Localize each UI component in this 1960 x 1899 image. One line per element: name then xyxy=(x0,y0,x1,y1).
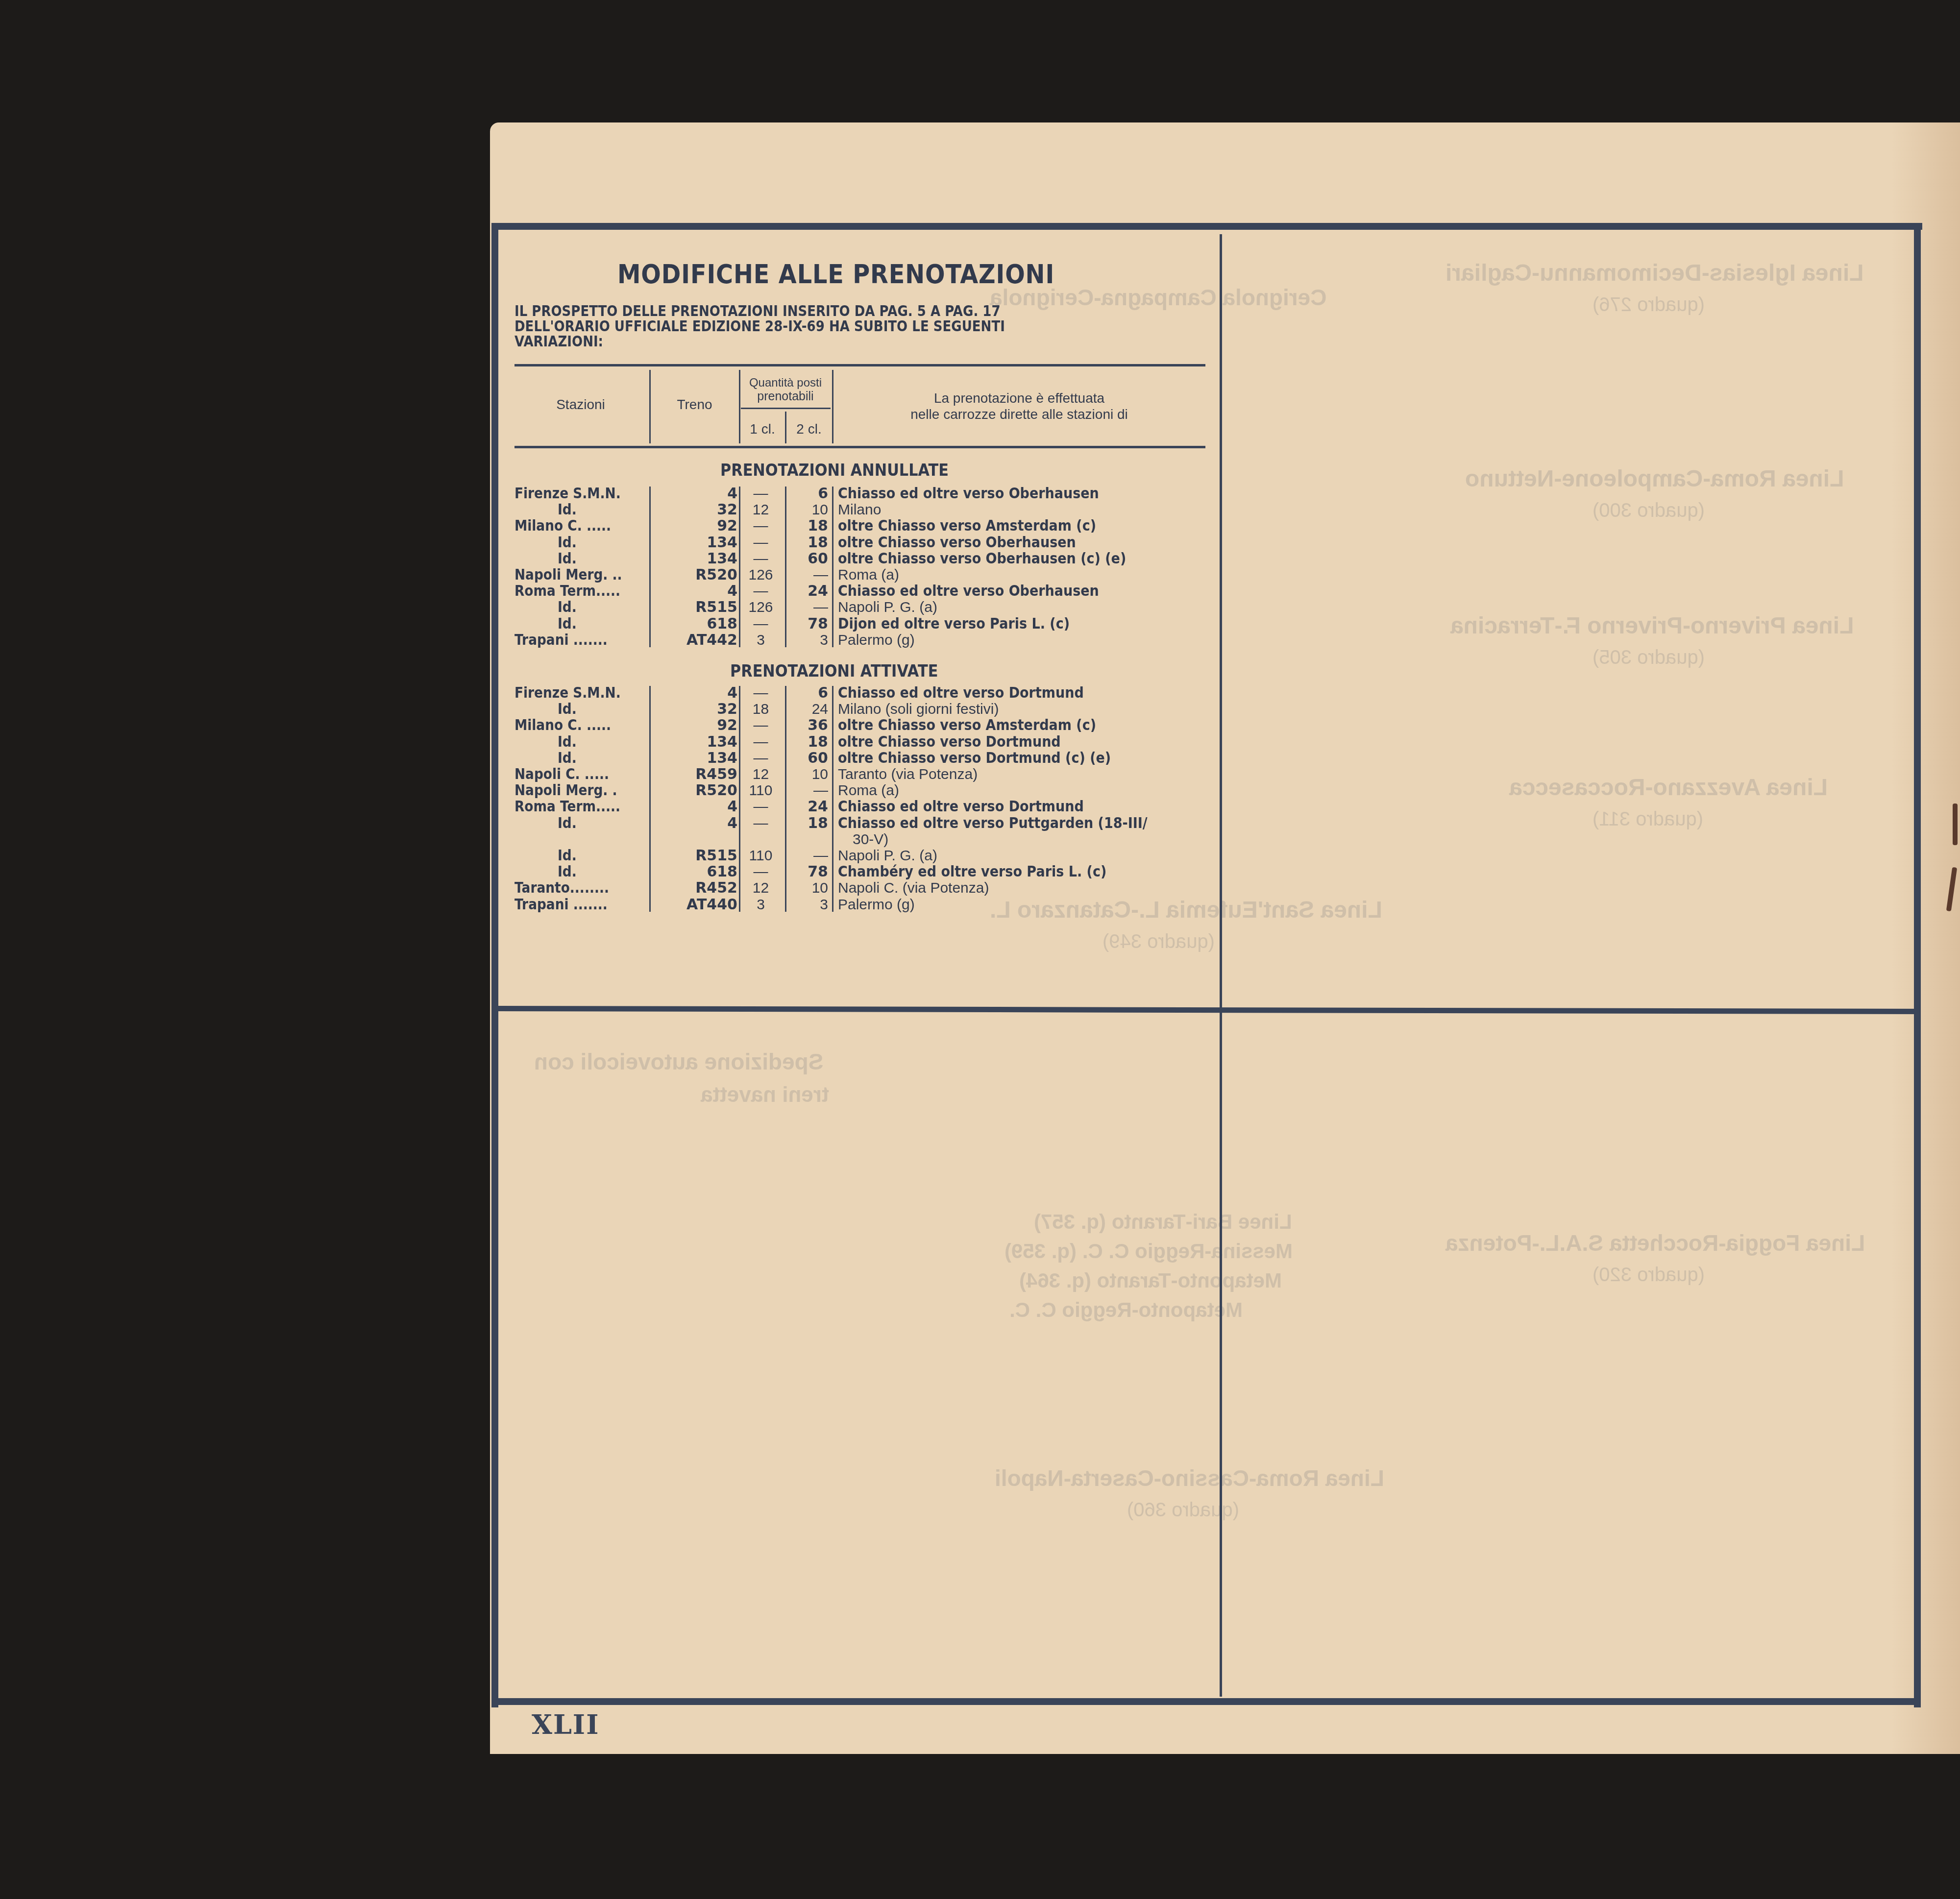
table-row: Roma Term..... 4 — 24 Chiasso ed oltre v… xyxy=(514,583,1205,599)
second-class-seats-cell: 78 xyxy=(786,616,828,632)
destination-cell: Chiasso ed oltre verso Oberhausen xyxy=(838,583,1173,599)
station-cell: Milano C. ..... xyxy=(514,717,629,733)
table-row-continuation: 30-V) xyxy=(514,831,1205,848)
second-class-seats-cell: 24 xyxy=(786,799,828,815)
bleed-through-text: Linea Avezzano-Roccasecca xyxy=(1509,774,1828,801)
train-cell: R515 xyxy=(652,848,737,864)
header-first-class: 1 cl. xyxy=(741,421,784,437)
second-class-seats-cell: 18 xyxy=(786,734,828,750)
destination-cell: oltre Chiasso verso Oberhausen (c) (e) xyxy=(838,551,1173,567)
first-class-seats-cell: — xyxy=(740,486,782,502)
table-row: Firenze S.M.N. 4 — 6 Chiasso ed oltre ve… xyxy=(514,486,1205,502)
page-number: XLII xyxy=(532,1709,599,1740)
station-cell: Trapani ....... xyxy=(514,897,629,913)
second-class-seats-cell: 36 xyxy=(786,717,828,733)
first-class-seats-cell: 12 xyxy=(740,502,782,518)
destination-cell: Taranto (via Potenza) xyxy=(838,766,1210,782)
frame-bottom xyxy=(491,1698,1921,1705)
column-separator xyxy=(832,487,833,647)
station-cell: Napoli Merg. .. xyxy=(514,567,629,583)
bleed-through-text: (quadro 276) xyxy=(1592,294,1705,316)
first-class-seats-cell: — xyxy=(740,518,782,534)
second-class-seats-cell: 6 xyxy=(786,486,828,502)
column-separator xyxy=(785,487,786,647)
first-class-seats-cell: — xyxy=(740,685,782,701)
second-class-seats-cell: 24 xyxy=(786,583,828,599)
station-cell: Napoli Merg. . xyxy=(514,782,629,799)
intro-line: VARIAZIONI: xyxy=(514,334,1091,349)
first-class-seats-cell: — xyxy=(740,734,782,750)
train-cell: 92 xyxy=(652,518,737,534)
destination-cell: Napoli P. G. (a) xyxy=(838,599,1210,615)
second-class-seats-cell: 10 xyxy=(786,766,828,782)
station-cell: Id. xyxy=(514,616,629,632)
destination-cell: Dijon ed oltre verso Paris L. (c) xyxy=(838,616,1173,632)
table-row: Id. 134 — 60 oltre Chiasso verso Oberhau… xyxy=(514,551,1205,567)
column-separator xyxy=(785,686,786,912)
train-cell: 32 xyxy=(652,701,737,717)
destination-cell: oltre Chiasso verso Dortmund xyxy=(838,734,1173,750)
table-header-rule xyxy=(514,446,1205,448)
destination-cell: oltre Chiasso verso Amsterdam (c) xyxy=(838,717,1173,733)
second-class-seats-cell: — xyxy=(786,782,828,799)
table-row: Roma Term..... 4 — 24 Chiasso ed oltre v… xyxy=(514,799,1205,815)
first-class-seats-cell: 18 xyxy=(740,701,782,717)
first-class-seats-cell: 110 xyxy=(740,782,782,799)
second-class-seats-cell: — xyxy=(786,567,828,583)
intro-line: DELL'ORARIO UFFICIALE EDIZIONE 28-IX-69 … xyxy=(514,319,1091,334)
destination-cell: oltre Chiasso verso Amsterdam (c) xyxy=(838,518,1173,534)
bleed-through-text: Messina-Reggio C. C. (q. 359) xyxy=(1004,1240,1293,1263)
train-cell: AT440 xyxy=(652,897,737,913)
train-cell: R459 xyxy=(652,766,737,782)
destination-cell: Roma (a) xyxy=(838,567,1210,583)
station-cell: Id. xyxy=(514,502,629,518)
table-row: Id. 32 12 10 Milano xyxy=(514,502,1205,518)
column-separator xyxy=(832,686,833,912)
frame-column-divider xyxy=(1220,234,1222,1697)
station-cell: Milano C. ..... xyxy=(514,518,629,534)
train-cell: 4 xyxy=(652,685,737,701)
table-row: Milano C. ..... 92 — 18 oltre Chiasso ve… xyxy=(514,518,1205,534)
frame-left xyxy=(491,223,498,1707)
train-cell: 4 xyxy=(652,486,737,502)
second-class-seats-cell: 3 xyxy=(786,897,828,913)
station-cell: Trapani ....... xyxy=(514,632,629,648)
destination-cell: Napoli C. (via Potenza) xyxy=(838,880,1210,896)
train-cell: R515 xyxy=(652,599,737,615)
table-row: Id. R515 126 — Napoli P. G. (a) xyxy=(514,599,1205,615)
frame-top xyxy=(491,223,1922,230)
destination-cell: Milano xyxy=(838,502,1210,518)
header-destination: La prenotazione è effettuata xyxy=(838,390,1200,406)
frame-right xyxy=(1914,223,1921,1707)
train-cell: 134 xyxy=(652,551,737,567)
station-cell: Id. xyxy=(514,701,629,717)
header-seats-group: Quantità posti xyxy=(740,376,831,390)
column-separator xyxy=(832,370,833,443)
destination-cell: Milano (soli giorni festivi) xyxy=(838,701,1210,717)
second-class-seats-cell: 10 xyxy=(786,880,828,896)
destination-cell: Palermo (g) xyxy=(838,897,1210,913)
destination-cell: Roma (a) xyxy=(838,782,1210,799)
table-row: Napoli Merg. .. R520 126 — Roma (a) xyxy=(514,567,1205,583)
bleed-through-text: (quadro 305) xyxy=(1592,647,1705,669)
header-second-class: 2 cl. xyxy=(787,421,831,437)
table-row: Id. 618 — 78 Chambéry ed oltre verso Par… xyxy=(514,864,1205,880)
first-class-seats-cell: — xyxy=(740,616,782,632)
destination-cell: Chiasso ed oltre verso Dortmund xyxy=(838,799,1173,815)
destination-cell: Chambéry ed oltre verso Paris L. (c) xyxy=(838,864,1173,880)
column-separator xyxy=(739,487,740,647)
train-cell: R520 xyxy=(652,567,737,583)
second-class-seats-cell: 60 xyxy=(786,551,828,567)
bleed-through-text: (quadro 320) xyxy=(1592,1264,1705,1286)
section-title-activated: PRENOTAZIONI ATTIVATE xyxy=(730,661,938,681)
second-class-seats-cell: 24 xyxy=(786,701,828,717)
destination-cell: Chiasso ed oltre verso Dortmund xyxy=(838,685,1173,701)
table-row: Napoli C. ..... R459 12 10 Taranto (via … xyxy=(514,766,1205,782)
first-class-seats-cell: — xyxy=(740,815,782,831)
train-cell: 4 xyxy=(652,815,737,831)
bleed-through-text: Linea Priverno-Priverno F.-Terracina xyxy=(1450,612,1854,639)
train-cell: AT442 xyxy=(652,632,737,648)
destination-cell: Chiasso ed oltre verso Puttgarden (18-II… xyxy=(838,815,1173,831)
first-class-seats-cell: 3 xyxy=(740,632,782,648)
header-destination: nelle carrozze dirette alle stazioni di xyxy=(838,407,1200,422)
second-class-seats-cell: 18 xyxy=(786,518,828,534)
table-row: Id. R515 110 — Napoli P. G. (a) xyxy=(514,848,1205,864)
bleed-through-text: Spedizione autoveicoli con xyxy=(534,1048,823,1075)
column-separator xyxy=(649,487,651,647)
train-cell: 4 xyxy=(652,583,737,599)
seats-subheader-rule xyxy=(741,408,831,409)
train-cell: 4 xyxy=(652,799,737,815)
table-row: Napoli Merg. . R520 110 — Roma (a) xyxy=(514,782,1205,799)
intro-line: IL PROSPETTO DELLE PRENOTAZIONI INSERITO… xyxy=(514,304,1091,319)
bleed-through-text: Linea Roma-Cassino-Caserta-Napoli xyxy=(995,1465,1384,1491)
first-class-seats-cell: — xyxy=(740,551,782,567)
bleed-through-text: (quadro 349) xyxy=(1102,931,1215,953)
table-row: Id. 618 — 78 Dijon ed oltre verso Paris … xyxy=(514,616,1205,632)
table-row: Firenze S.M.N. 4 — 6 Chiasso ed oltre ve… xyxy=(514,685,1205,701)
first-class-seats-cell: 12 xyxy=(740,766,782,782)
table-row: Milano C. ..... 92 — 36 oltre Chiasso ve… xyxy=(514,717,1205,733)
first-class-seats-cell: — xyxy=(740,750,782,766)
destination-cell: Chiasso ed oltre verso Oberhausen xyxy=(838,486,1173,502)
first-class-seats-cell: 126 xyxy=(740,567,782,583)
first-class-seats-cell: — xyxy=(740,717,782,733)
first-class-seats-cell: 126 xyxy=(740,599,782,615)
train-cell: 134 xyxy=(652,734,737,750)
page-title: MODIFICHE ALLE PRENOTAZIONI xyxy=(617,260,1054,290)
second-class-seats-cell: 18 xyxy=(786,535,828,551)
second-class-seats-cell: 3 xyxy=(786,632,828,648)
header-seats-group: prenotabili xyxy=(740,390,831,404)
header-stations: Stazioni xyxy=(514,397,647,413)
train-cell: 134 xyxy=(652,535,737,551)
destination-cell: Napoli P. G. (a) xyxy=(838,848,1210,864)
first-class-seats-cell: — xyxy=(740,864,782,880)
train-cell: 92 xyxy=(652,717,737,733)
second-class-seats-cell: 6 xyxy=(786,685,828,701)
first-class-seats-cell: 3 xyxy=(740,897,782,913)
table-row: Id. 134 — 18 oltre Chiasso verso Dortmun… xyxy=(514,734,1205,750)
second-class-seats-cell: — xyxy=(786,599,828,615)
destination-cell: oltre Chiasso verso Oberhausen xyxy=(838,535,1173,551)
first-class-seats-cell: — xyxy=(740,535,782,551)
bleed-through-text: (quadro 360) xyxy=(1127,1499,1239,1521)
station-cell: Id. xyxy=(514,535,629,551)
second-class-seats-cell: 18 xyxy=(786,815,828,831)
second-class-seats-cell: 78 xyxy=(786,864,828,880)
second-class-seats-cell: 60 xyxy=(786,750,828,766)
table-top-rule xyxy=(514,364,1205,366)
table-row: Id. 32 18 24 Milano (soli giorni festivi… xyxy=(514,701,1205,717)
bleed-through-text: Linea Iglesias-Decimomannu-Cagliari xyxy=(1445,260,1864,287)
station-cell: Id. xyxy=(514,864,629,880)
header-train: Treno xyxy=(652,397,737,413)
bleed-through-text: Metaponto-Reggio C. C. xyxy=(1009,1298,1243,1322)
destination-cell: Palermo (g) xyxy=(838,632,1210,648)
station-cell: Id. xyxy=(514,750,629,766)
bleed-through-text: Metaponto-Taranto (q. 364) xyxy=(1019,1269,1282,1292)
station-cell: Id. xyxy=(514,734,629,750)
table-row: Id. 134 — 60 oltre Chiasso verso Dortmun… xyxy=(514,750,1205,766)
second-class-seats-cell: — xyxy=(786,848,828,864)
station-cell: Id. xyxy=(514,848,629,864)
binding-staple xyxy=(1953,803,1958,845)
station-cell: Firenze S.M.N. xyxy=(514,486,629,502)
train-cell: 32 xyxy=(652,502,737,518)
table-row: Trapani ....... AT442 3 3 Palermo (g) xyxy=(514,632,1205,648)
bleed-through-text: treni navetta xyxy=(701,1083,829,1107)
station-cell: Firenze S.M.N. xyxy=(514,685,629,701)
station-cell: Roma Term..... xyxy=(514,799,629,815)
station-cell: Napoli C. ..... xyxy=(514,766,629,782)
train-cell: 618 xyxy=(652,864,737,880)
station-cell: Id. xyxy=(514,599,629,615)
page-edge-shadow xyxy=(1891,122,1960,1754)
column-separator xyxy=(739,686,740,912)
first-class-seats-cell: — xyxy=(740,799,782,815)
column-separator xyxy=(649,370,651,443)
station-cell: Id. xyxy=(514,815,629,831)
station-cell: Roma Term..... xyxy=(514,583,629,599)
destination-cell: oltre Chiasso verso Dortmund (c) (e) xyxy=(838,750,1173,766)
second-class-seats-cell: 10 xyxy=(786,502,828,518)
first-class-seats-cell: 12 xyxy=(740,880,782,896)
train-cell: R520 xyxy=(652,782,737,799)
station-cell: Id. xyxy=(514,551,629,567)
bleed-through-text: (quadro 300) xyxy=(1592,500,1705,522)
column-separator xyxy=(649,686,651,912)
table-row: Id. 134 — 18 oltre Chiasso verso Oberhau… xyxy=(514,535,1205,551)
train-cell: 134 xyxy=(652,750,737,766)
table-row: Taranto........ R452 12 10 Napoli C. (vi… xyxy=(514,880,1205,896)
destination-cell: 30-V) xyxy=(853,831,1225,848)
bleed-through-text: Linee Bari-Taranto (q. 357) xyxy=(1034,1210,1292,1234)
table-row: Trapani ....... AT440 3 3 Palermo (g) xyxy=(514,897,1205,913)
table-row: Id. 4 — 18 Chiasso ed oltre verso Puttga… xyxy=(514,815,1205,831)
train-cell: 618 xyxy=(652,616,737,632)
bleed-through-text: (quadro 311) xyxy=(1592,808,1703,830)
bleed-through-text: Linea Foggia-Rocchetta S.A.L.-Potenza xyxy=(1445,1230,1865,1256)
bleed-through-text: Linea Roma-Campoleone-Nettuno xyxy=(1465,465,1844,492)
intro-paragraph: IL PROSPETTO DELLE PRENOTAZIONI INSERITO… xyxy=(514,304,1200,349)
first-class-seats-cell: — xyxy=(740,583,782,599)
section-title-cancelled: PRENOTAZIONI ANNULLATE xyxy=(720,461,949,480)
station-cell: Taranto........ xyxy=(514,880,629,896)
train-cell: R452 xyxy=(652,880,737,896)
column-separator xyxy=(785,412,786,443)
first-class-seats-cell: 110 xyxy=(740,848,782,864)
